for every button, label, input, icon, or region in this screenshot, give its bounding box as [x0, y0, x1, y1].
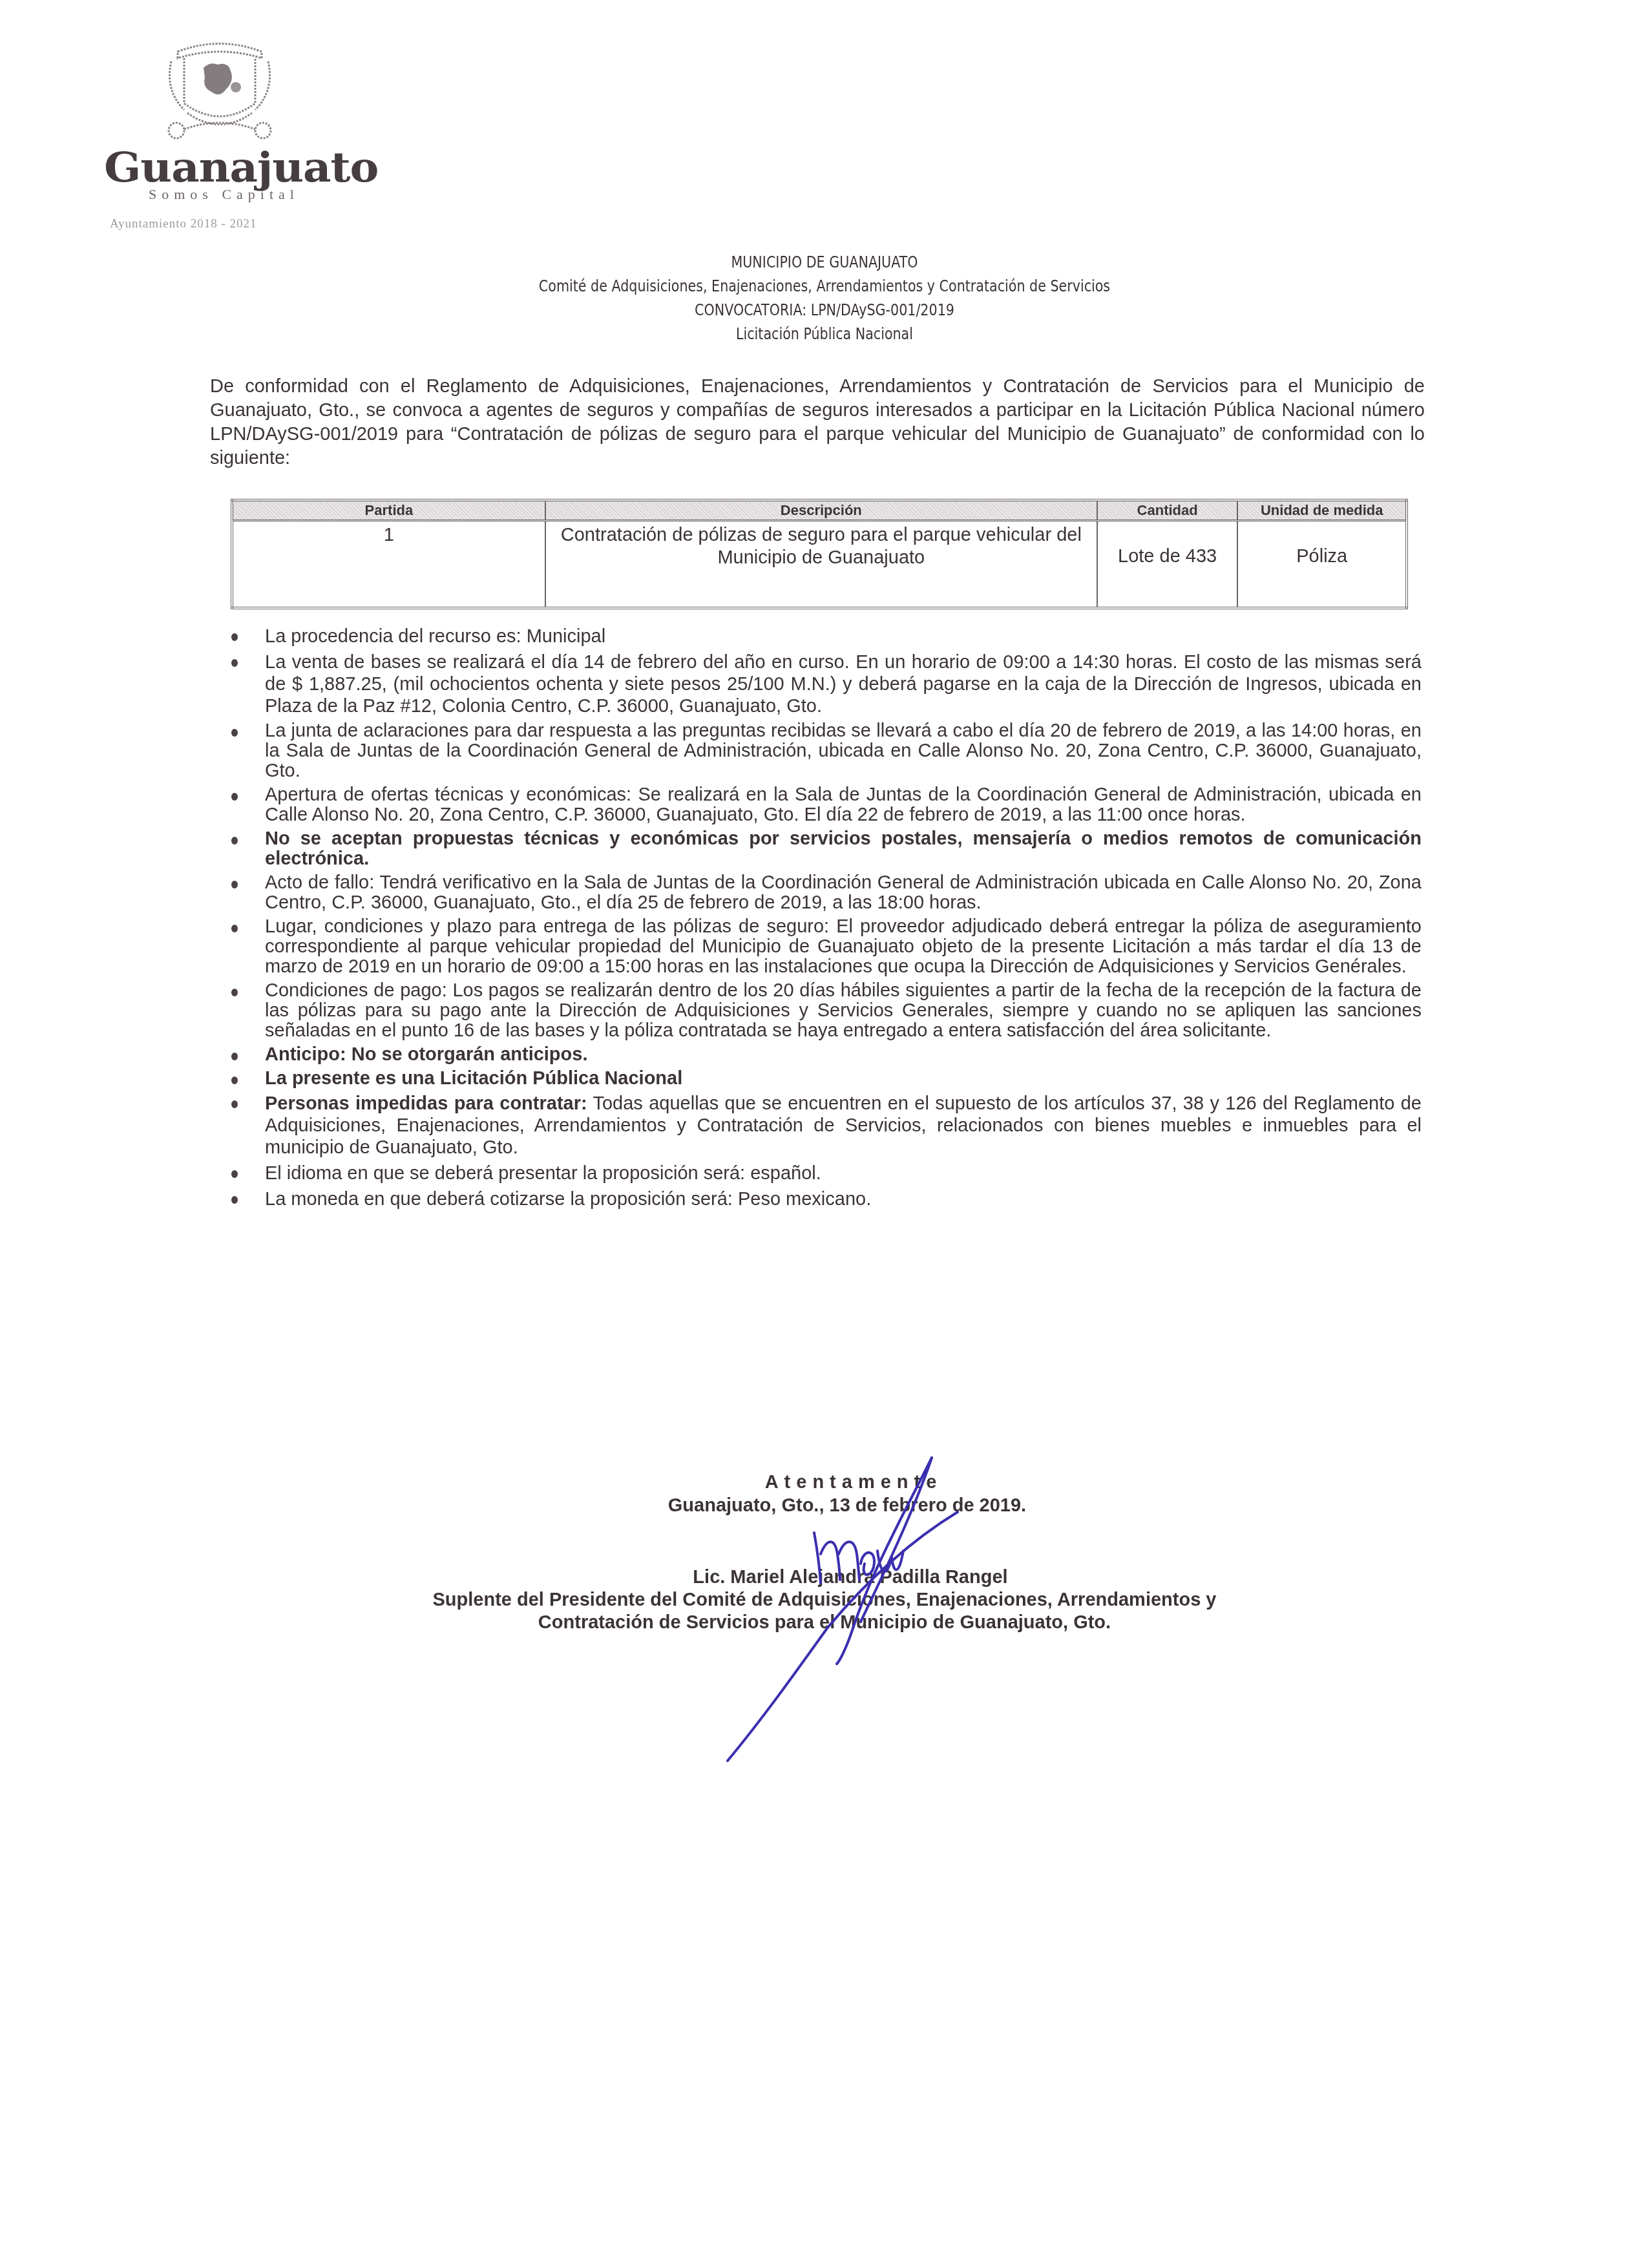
cell-partida: 1 [232, 521, 545, 609]
column-header-descripcion: Descripción [545, 500, 1097, 521]
condition-offers-opening: Apertura de ofertas técnicas y económica… [265, 784, 1422, 825]
place-and-date: Guanajuato, Gto., 13 de febrero de 2019. [0, 1494, 1649, 1517]
list-item: Apertura de ofertas técnicas y económica… [220, 785, 1422, 825]
document-header: MUNICIPIO DE GUANAJUATO Comité de Adquis… [116, 251, 1534, 346]
signoff-block: Atentamente Guanajuato, Gto., 13 de febr… [0, 1471, 1649, 1517]
header-convocatoria: CONVOCATORIA: LPN/DAySG-001/2019 [116, 299, 1534, 322]
municipal-logo: Guanajuato Somos Capital Ayuntamiento 20… [90, 32, 349, 231]
condition-no-remote-proposals: No se aceptan propuestas técnicas y econ… [265, 828, 1422, 869]
condition-delivery: Lugar, condiciones y plazo para entrega … [265, 916, 1422, 977]
table-header-row: Partida Descripción Cantidad Unidad de m… [232, 500, 1407, 521]
coat-of-arms-icon [158, 32, 281, 142]
logo-period: Ayuntamiento 2018 - 2021 [90, 217, 349, 231]
bullet-icon [231, 1196, 238, 1204]
items-table: Partida Descripción Cantidad Unidad de m… [231, 499, 1408, 609]
column-header-partida: Partida [232, 500, 545, 521]
cell-cantidad: Lote de 433 [1097, 521, 1238, 609]
condition-clarification-meeting: La junta de aclaraciones para dar respue… [265, 720, 1422, 781]
list-item: No se aceptan propuestas técnicas y econ… [220, 829, 1422, 869]
list-item: El idioma en que se deberá presentar la … [220, 1162, 1422, 1184]
bullet-icon [231, 989, 238, 996]
column-header-unidad: Unidad de medida [1237, 500, 1407, 521]
table-row: 1 Contratación de pólizas de seguro para… [232, 521, 1407, 609]
cell-unidad: Póliza [1237, 521, 1407, 609]
condition-language: El idioma en que se deberá presentar la … [265, 1163, 821, 1184]
bullet-icon [231, 659, 238, 667]
bullet-icon [231, 881, 238, 888]
list-item: Personas impedidas para contratar: Todas… [220, 1093, 1422, 1159]
column-header-cantidad: Cantidad [1097, 500, 1238, 521]
signer-title-line1: Suplente del Presidente del Comité de Ad… [0, 1589, 1649, 1612]
condition-award-act: Acto de fallo: Tendrá verificativo en la… [265, 872, 1422, 913]
bullet-icon [231, 633, 238, 641]
bullet-icon [231, 729, 238, 737]
header-municipality: MUNICIPIO DE GUANAJUATO [116, 251, 1534, 275]
condition-bases-sale: La venta de bases se realizará el día 14… [265, 652, 1422, 717]
list-item: La moneda en que deberá cotizarse la pro… [220, 1188, 1422, 1210]
signer-title-line2: Contratación de Servicios para el Munici… [0, 1612, 1649, 1634]
list-item: Lugar, condiciones y plazo para entrega … [220, 917, 1422, 977]
bullet-icon [231, 1053, 238, 1060]
bullet-icon [231, 925, 238, 932]
list-item: Anticipo: No se otorgarán anticipos. [220, 1045, 1422, 1065]
condition-payment: Condiciones de pago: Los pagos se realiz… [265, 980, 1422, 1041]
condition-advance: Anticipo: No se otorgarán anticipos. [265, 1044, 588, 1065]
logo-wordmark: Guanajuato [90, 147, 362, 189]
closing-salutation: Atentamente [0, 1471, 1649, 1494]
bullet-icon [231, 1170, 238, 1178]
bullet-icon [231, 837, 238, 845]
condition-tender-type: La presente es una Licitación Pública Na… [265, 1068, 682, 1089]
cell-descripcion: Contratación de pólizas de seguro para e… [545, 521, 1097, 609]
signer-block: Lic. Mariel Alejandra Padilla Rangel Sup… [0, 1566, 1649, 1634]
intro-paragraph: De conformidad con el Reglamento de Adqu… [210, 375, 1425, 470]
bullet-icon [231, 1076, 238, 1084]
bullet-icon [231, 1100, 238, 1108]
conditions-list: La procedencia del recurso es: Municipal… [220, 625, 1422, 1214]
bullet-icon [231, 793, 238, 801]
header-committee: Comité de Adquisiciones, Enajenaciones, … [116, 275, 1534, 299]
list-item: Condiciones de pago: Los pagos se realiz… [220, 981, 1422, 1041]
condition-currency: La moneda en que deberá cotizarse la pro… [265, 1189, 871, 1210]
signer-name: Lic. Mariel Alejandra Padilla Rangel [0, 1566, 1649, 1589]
list-item: La venta de bases se realizará el día 14… [220, 651, 1422, 717]
list-item: La junta de aclaraciones para dar respue… [220, 721, 1422, 781]
condition-funding-source: La procedencia del recurso es: Municipal [265, 626, 605, 647]
list-item: La procedencia del recurso es: Municipal [220, 625, 1422, 647]
list-item: Acto de fallo: Tendrá verificativo en la… [220, 873, 1422, 913]
list-item: La presente es una Licitación Pública Na… [220, 1069, 1422, 1089]
condition-impeded-label: Personas impedidas para contratar: [265, 1093, 587, 1114]
header-tender-type: Licitación Pública Nacional [116, 322, 1534, 346]
